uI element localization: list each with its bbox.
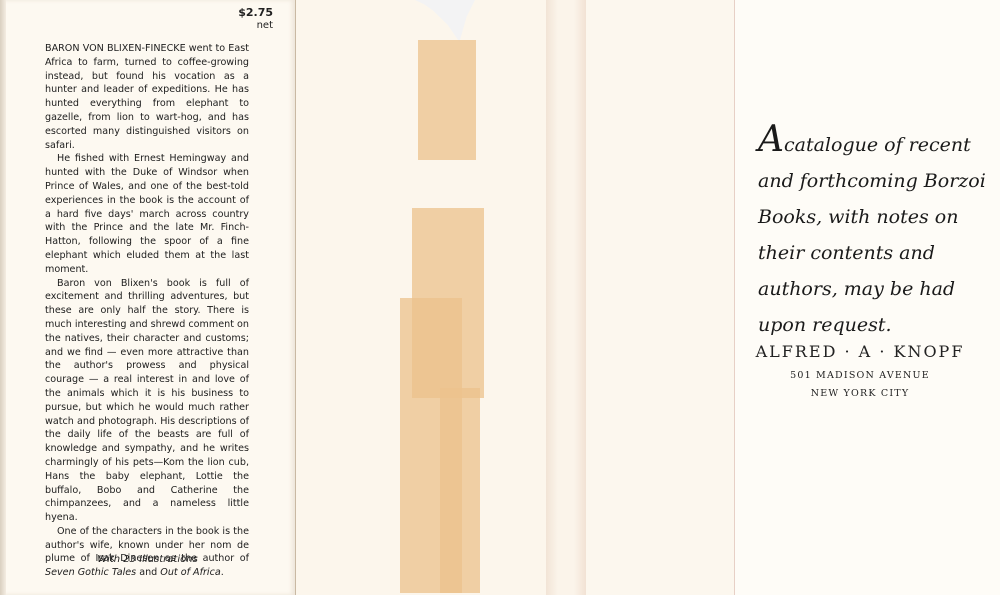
publisher-city: NEW YORK CITY	[740, 388, 980, 399]
spine-panel	[546, 0, 586, 595]
description-paragraph: BARON VON BLIXEN-FINECKE went to East Af…	[45, 42, 249, 152]
book-title: Out of Africa	[160, 567, 220, 578]
description-paragraph: One of the characters in the book is the…	[45, 525, 249, 580]
flap-edge	[0, 0, 6, 595]
description-paragraph: Baron von Blixen's book is full of excit…	[45, 277, 249, 525]
script-text: catalogue of recent and forthcoming Borz…	[758, 134, 986, 336]
publisher-address: 501 MADISON AVENUE	[740, 370, 980, 381]
tape-strip	[418, 40, 476, 160]
price-label: $2.75 net	[238, 6, 273, 32]
tape-strip	[440, 388, 480, 593]
publisher-name: ALFRED · A · KNOPF	[740, 342, 980, 361]
back-flap-panel: $2.75 net BARON VON BLIXEN-FINECKE went …	[0, 0, 296, 595]
illustrations-note: With 23 Illustrations	[0, 554, 295, 565]
book-title: Seven Gothic Tales	[45, 567, 136, 578]
description-paragraph: He fished with Ernest Hemingway and hunt…	[45, 152, 249, 276]
script-initial: A	[758, 119, 784, 160]
price: $2.75	[238, 6, 273, 19]
price-note: net	[238, 19, 273, 32]
front-inner-panel	[586, 0, 734, 595]
book-description: BARON VON BLIXEN-FINECKE went to East Af…	[45, 42, 249, 580]
catalogue-notice: Acatalogue of recent and forthcoming Bor…	[758, 122, 990, 343]
